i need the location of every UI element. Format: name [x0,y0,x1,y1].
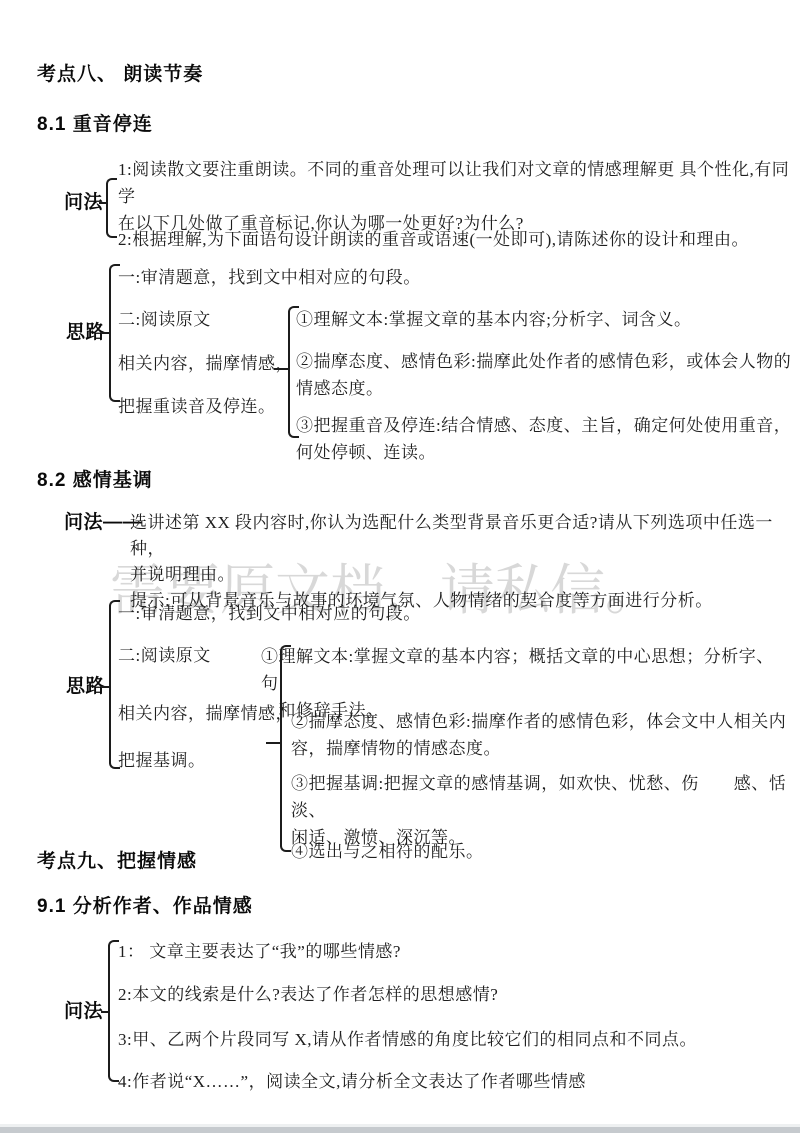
wenfa-82-label-text: 问法 [64,512,103,533]
connector-silu-81 [101,332,109,334]
label-silu-82: 思路 [66,676,105,698]
connector-wenfa-91 [101,1011,108,1013]
silu-81-step-1: 一:审清题意，找到文中相对应的句段。 [118,264,421,291]
silu-82-step-4: 把握基调。 [118,747,206,774]
connector-sub-82 [266,742,280,744]
document-page: 需要原文档，请私信。 考点八、 朗读节奏 8.1 重音停连 问法 1:阅读散文要… [0,0,800,1133]
wenfa-91-item-2: 2:本文的线索是什么?表达了作者怎样的思想感情? [118,981,498,1008]
heading-kaodian-8: 考点八、 朗读节奏 [37,64,203,86]
wenfa-91-item-3: 3:甲、乙两个片段同写 X,请从作者情感的角度比较它们的相同点和不同点。 [118,1026,697,1053]
silu-82-step-2: 二:阅读原文 [118,642,211,669]
silu-81-sub-3: ③把握重音及停连:结合情感、态度、主旨，确定何处使用重音， 何处停顿、连读。 [296,412,800,466]
heading-kaodian-9: 考点九、把握情感 [37,851,197,873]
connector-silu-82 [101,686,109,688]
label-wenfa-91: 问法 [64,1001,103,1023]
silu-81-step-3: 相关内容，揣摩情感， [118,350,293,377]
label-wenfa-81: 问法 [64,192,103,214]
wenfa-82-text: 选讲述第 XX 段内容时,你认为选配什么类型背景音乐更合适?请从下列选项中任选一… [130,510,790,614]
wenfa-91-item-1: 1： 文章主要表达了“我”的哪些情感? [118,938,401,965]
silu-81-sub-2: ②揣摩态度、感情色彩:揣摩此处作者的感情色彩，或体会人物的 情感态度。 [296,348,800,402]
silu-82-sub-4: ④选出与之相符的配乐。 [291,838,484,865]
wenfa-81-item-2: 2:根据理解,为下面语句设计朗读的重音或语速(一处即可),请陈述你的设计和理由。 [118,226,749,253]
bottom-edge-bar [0,1127,800,1133]
bracket-wenfa-81 [106,178,117,238]
silu-81-step-4: 把握重读音及停连。 [118,393,276,420]
heading-8-1: 8.1 重音停连 [37,114,153,136]
label-silu-81: 思路 [66,322,105,344]
wenfa-81-item-1: 1:阅读散文要注重朗读。不同的重音处理可以让我们对文章的情感理解更 具个性化,有… [118,156,796,237]
wenfa-91-item-4: 4:作者说“X……”，阅读全文,请分析全文表达了作者哪些情感 [118,1068,586,1095]
silu-81-sub-1: ①理解文本:掌握文章的基本内容;分析字、词含义。 [296,306,691,333]
silu-82-step-1: 一:审清题意，找到文中相对应的句段。 [118,600,421,627]
connector-sub-81 [274,368,288,370]
silu-81-step-2: 二:阅读原文 [118,306,211,333]
heading-8-2: 8.2 感情基调 [37,470,153,492]
heading-9-1: 9.1 分析作者、作品情感 [37,896,253,918]
silu-82-sub-2: ②揣摩态度、感情色彩:揣摩作者的感情色彩，体会文中人相关内 容，揣摩情物的情感态… [291,708,796,762]
